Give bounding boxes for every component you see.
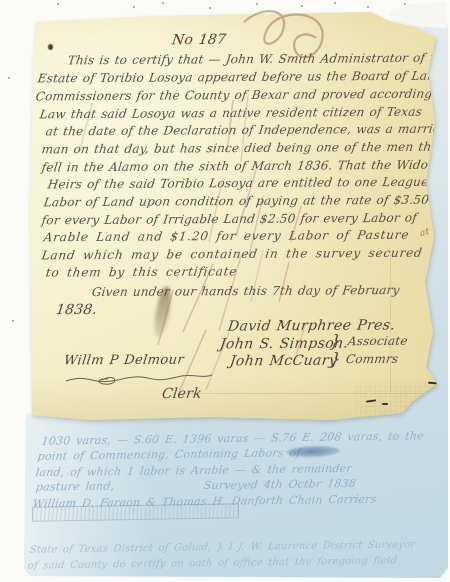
- survey-line: point of Commencing, Containing Labors o…: [37, 446, 301, 463]
- speckle-dot: [133, 6, 135, 8]
- handwritten-line: for every Labor of Irrigable Land $2.50 …: [41, 211, 418, 228]
- speckle-dot: [162, 2, 164, 4]
- signature-commissioner: John McCuary: [229, 353, 338, 370]
- handwritten-line: to them by this certificate: [45, 264, 238, 279]
- clerk-title: Clerk: [161, 386, 203, 402]
- handwritten-line: fell in the Alamo on the sixth of March …: [41, 158, 450, 175]
- handwritten-line: Given under our hands this 7th day of Fe…: [91, 283, 401, 299]
- speckle-dot: [334, 2, 336, 4]
- handwritten-line: man on that day, but has since died bein…: [41, 140, 445, 157]
- associate-title: Associate: [347, 334, 409, 348]
- brace-glyph: }: [329, 350, 343, 370]
- year-date: 1838.: [55, 302, 98, 318]
- affidavit-line: of said County do certify on oath of off…: [27, 555, 398, 571]
- speckle-dot: [209, 7, 211, 9]
- handwritten-line: Labor of Land upon condition of paying a…: [43, 193, 430, 210]
- commissioner-title: Commrs: [345, 352, 399, 366]
- handwritten-line: Heirs of the said Toribio Losoya are ent…: [47, 175, 450, 192]
- handwritten-line: Law that said Losoya was a native reside…: [39, 105, 423, 122]
- survey-line: 1030 varas, — S.60 E. 1396 varas — S.76 …: [41, 429, 425, 447]
- speckle-dot: [8, 77, 10, 79]
- handwritten-line: at the date of the Declaration of Indepe…: [45, 122, 449, 139]
- ink-dash-mark: [382, 403, 388, 405]
- pencil-stamp-box: [32, 503, 239, 522]
- affidavit-line: State of Texas District of Goliad, } I J…: [29, 539, 416, 555]
- certificate-paper: No 187 This is to certify that — John W.…: [30, 12, 440, 424]
- speckle-dot: [12, 320, 14, 322]
- handwritten-line: Commissioners for the County of Bexar an…: [35, 87, 450, 104]
- handwritten-line: Estate of Toribio Losoya appeared before…: [37, 69, 444, 86]
- speckle-dot: [256, 3, 258, 5]
- certificate-number: No 187: [171, 32, 227, 48]
- signature-president: David Murphree Pres.: [227, 317, 396, 334]
- survey-date-line: Surveyed 4th Octbr 1838: [203, 477, 357, 492]
- survey-line: pasture land,: [35, 479, 115, 493]
- survey-line: land, of which 1 labor is Arable — & the…: [35, 462, 353, 479]
- handwritten-line: This is to certify that — John W. Smith …: [67, 51, 450, 68]
- hole-punch: [48, 44, 53, 50]
- speckle-dot: [367, 6, 369, 8]
- speckle-dot: [301, 5, 303, 7]
- handwritten-line: Land which may be contained in the surve…: [41, 246, 424, 263]
- speckle-dot: [57, 3, 59, 5]
- handwritten-line: Arable Land and $1.20 for every Labor of…: [43, 228, 410, 245]
- signature-clerk: Willm P Delmour: [63, 353, 185, 369]
